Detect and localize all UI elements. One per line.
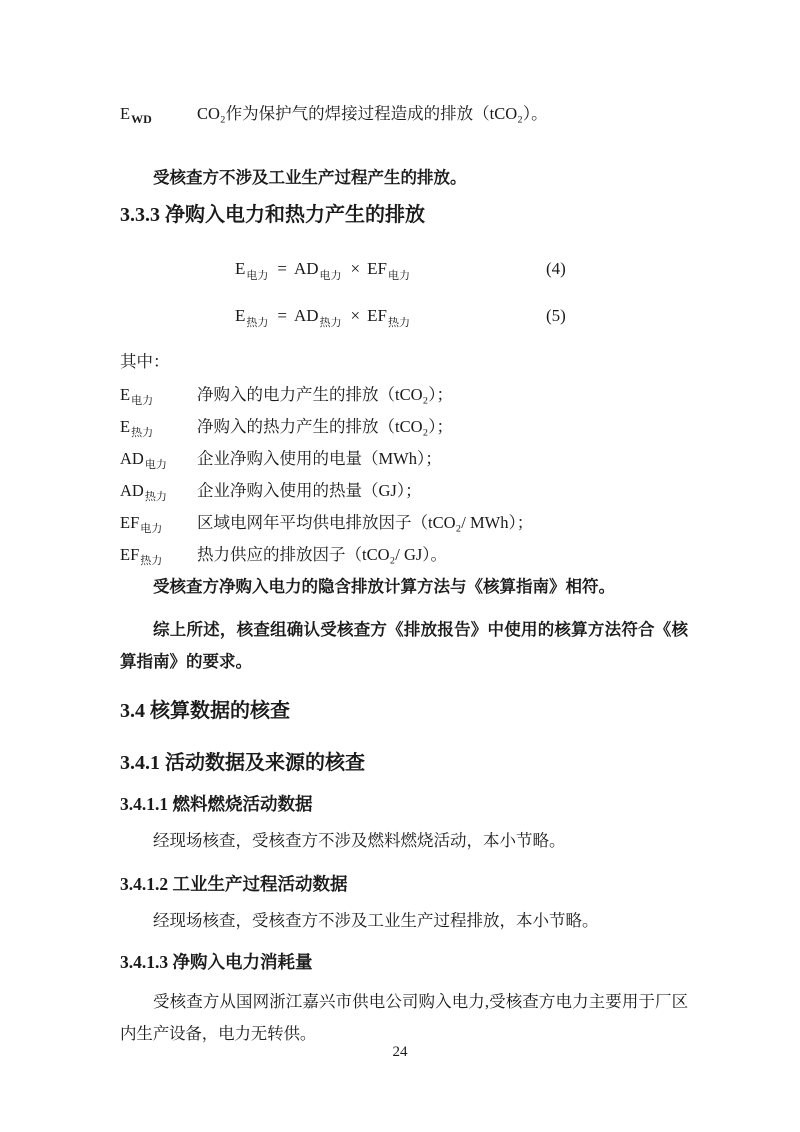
- definition-term: EF电力: [120, 512, 197, 540]
- formula-ad: AD电力: [294, 259, 344, 278]
- paragraph-implied-emission: 受核查方净购入电力的隐含排放计算方法与《核算指南》相符。: [120, 576, 688, 598]
- definition-row: AD电力 企业净购入使用的电量（MWh）；: [120, 448, 688, 480]
- definition-row: AD热力 企业净购入使用的热量（GJ）；: [120, 480, 688, 512]
- formula-lhs: E电力: [235, 259, 270, 278]
- definition-text: 企业净购入使用的电量（MWh）；: [197, 448, 688, 470]
- paragraph-summary: 综上所述，核查组确认受核查方《排放报告》中使用的核算方法符合《核算指南》的要求。: [120, 614, 688, 678]
- paragraph-electricity-purchase: 受核查方从国网浙江嘉兴市供电公司购入电力,受核查方电力主要用于厂区内生产设备，电…: [120, 986, 688, 1050]
- equals-sign: =: [277, 306, 287, 325]
- document-page: EWD CO₂作为保护气的焊接过程造成的排放（tCO₂）。 受核查方不涉及工业生…: [0, 0, 800, 1132]
- formula-heat: E热力=AD热力×EF热力 (5): [120, 304, 688, 335]
- equation-number: (4): [546, 257, 566, 281]
- multiply-sign: ×: [351, 259, 361, 278]
- symbol-subscript: WD: [131, 112, 152, 126]
- equation-number: (5): [546, 304, 566, 328]
- heading-3-4: 3.4 核算数据的核查: [120, 698, 688, 724]
- heading-3-4-1: 3.4.1 活动数据及来源的核查: [120, 750, 688, 776]
- paragraph-no-industrial: 受核查方不涉及工业生产过程产生的排放。: [120, 167, 688, 189]
- definition-text: 热力供应的排放因子（tCO₂/ GJ）。: [197, 544, 688, 566]
- definition-row: EF热力 热力供应的排放因子（tCO₂/ GJ）。: [120, 544, 688, 576]
- formula-ad: AD热力: [294, 306, 344, 325]
- heading-3-4-1-2: 3.4.1.2 工业生产过程活动数据: [120, 872, 688, 896]
- multiply-sign: ×: [351, 306, 361, 325]
- equals-sign: =: [277, 259, 287, 278]
- heading-3-4-1-1: 3.4.1.1 燃料燃烧活动数据: [120, 792, 688, 816]
- page-number: 24: [0, 1044, 800, 1061]
- paragraph-industrial-process: 经现场核查，受核查方不涉及工业生产过程排放，本小节略。: [120, 910, 688, 932]
- formula-electricity: E电力=AD电力×EF电力 (4): [120, 257, 688, 288]
- definition-row: E热力 净购入的热力产生的排放（tCO₂）；: [120, 416, 688, 448]
- definition-text: 企业净购入使用的热量（GJ）；: [197, 480, 688, 502]
- definition-term: E热力: [120, 416, 197, 444]
- definition-text: 区域电网年平均供电排放因子（tCO₂/ MWh）；: [197, 512, 688, 534]
- definition-term: AD热力: [120, 480, 197, 508]
- heading-3-3-3: 3.3.3 净购入电力和热力产生的排放: [120, 202, 688, 228]
- symbol-term: EWD: [120, 103, 197, 130]
- symbol-description: CO₂作为保护气的焊接过程造成的排放（tCO₂）。: [197, 103, 688, 125]
- where-label: 其中：: [120, 351, 688, 373]
- heading-3-4-1-3: 3.4.1.3 净购入电力消耗量: [120, 950, 688, 974]
- symbol-definition-ewd: EWD CO₂作为保护气的焊接过程造成的排放（tCO₂）。: [120, 103, 688, 130]
- definition-row: EF电力 区域电网年平均供电排放因子（tCO₂/ MWh）；: [120, 512, 688, 544]
- definition-row: E电力 净购入的电力产生的排放（tCO₂）；: [120, 384, 688, 416]
- definition-term: AD电力: [120, 448, 197, 476]
- paragraph-fuel-combustion: 经现场核查，受核查方不涉及燃料燃烧活动，本小节略。: [120, 830, 688, 852]
- definition-term: EF热力: [120, 544, 197, 572]
- formula-lhs: E热力: [235, 306, 270, 325]
- definition-term: E电力: [120, 384, 197, 412]
- definition-list: E电力 净购入的电力产生的排放（tCO₂）； E热力 净购入的热力产生的排放（t…: [120, 384, 688, 576]
- definition-text: 净购入的热力产生的排放（tCO₂）；: [197, 416, 688, 438]
- formula-ef: EF电力: [367, 259, 412, 278]
- definition-text: 净购入的电力产生的排放（tCO₂）；: [197, 384, 688, 406]
- formula-ef: EF热力: [367, 306, 412, 325]
